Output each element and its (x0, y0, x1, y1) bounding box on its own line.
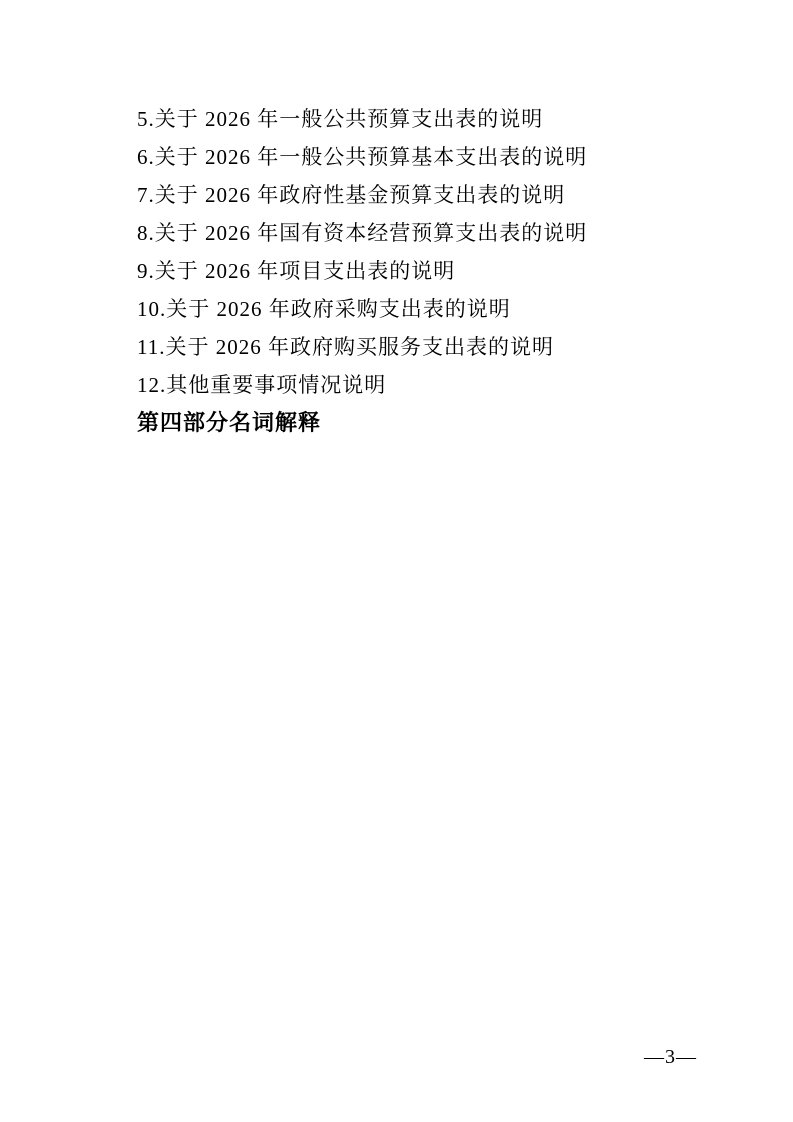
toc-item-12: 12.其他重要事项情况说明 (137, 366, 587, 404)
document-page: 5.关于 2026 年一般公共预算支出表的说明 6.关于 2026 年一般公共预… (0, 0, 793, 1122)
toc-item-11: 11.关于 2026 年政府购买服务支出表的说明 (137, 328, 587, 366)
toc-item-5: 5.关于 2026 年一般公共预算支出表的说明 (137, 100, 587, 138)
section-heading-part4: 第四部分名词解释 (137, 404, 587, 442)
toc-item-9: 9.关于 2026 年项目支出表的说明 (137, 252, 587, 290)
toc-item-8: 8.关于 2026 年国有资本经营预算支出表的说明 (137, 214, 587, 252)
toc-item-7: 7.关于 2026 年政府性基金预算支出表的说明 (137, 176, 587, 214)
toc-item-10: 10.关于 2026 年政府采购支出表的说明 (137, 290, 587, 328)
page-number: —3— (644, 1046, 697, 1068)
table-of-contents: 5.关于 2026 年一般公共预算支出表的说明 6.关于 2026 年一般公共预… (137, 100, 587, 442)
toc-item-6: 6.关于 2026 年一般公共预算基本支出表的说明 (137, 138, 587, 176)
